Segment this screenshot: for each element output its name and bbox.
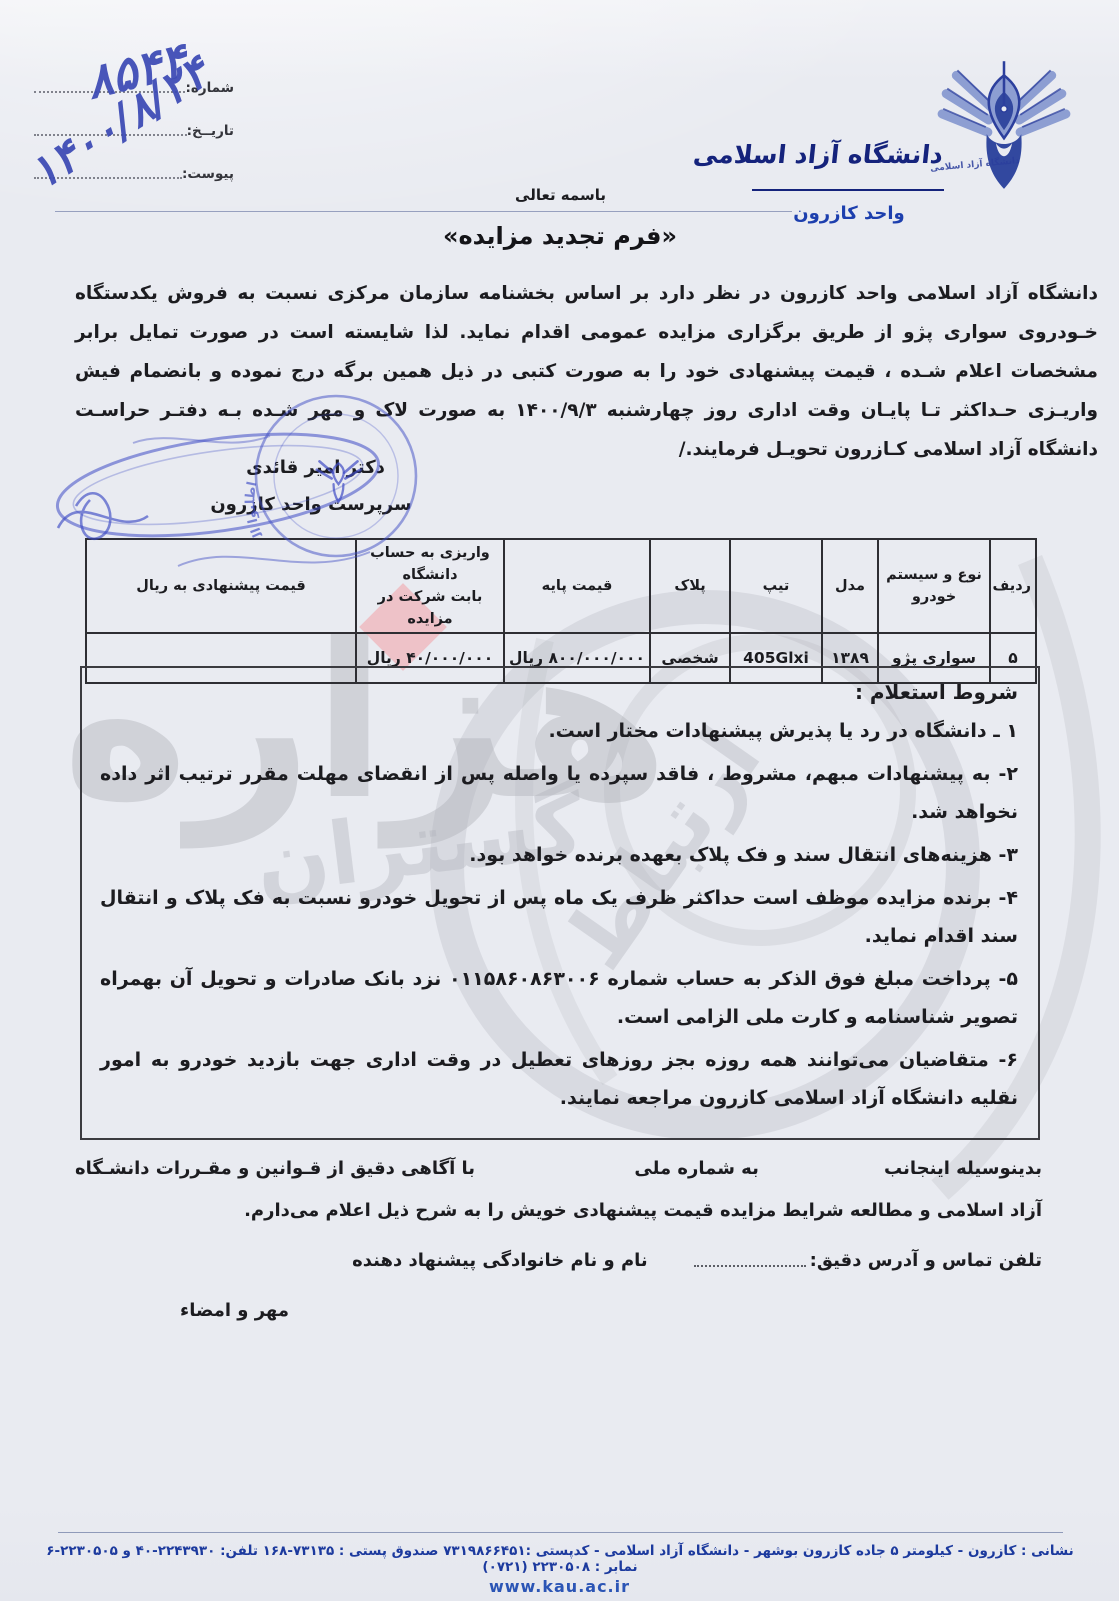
date-label: تاریــخ: (187, 123, 234, 139)
declaration-part-2: به شماره ملی (634, 1158, 758, 1179)
term-item-2: ۲- به پیشنهادات مبهم، مشروط ، فاقد سپرده… (100, 755, 1018, 831)
contact-line: تلفن تماس و آدرس دقیق: نام و نام خانوادگ… (75, 1250, 1042, 1271)
header-separator-line (55, 211, 792, 212)
form-title: «فرم تجدید مزایده» (330, 222, 790, 250)
terms-title: شروط استعلام : (100, 680, 1018, 704)
basmala: باسمه تعالی (478, 186, 643, 204)
scanned-auction-form: هزاره گستران ارتباط شماره: تاریــخ: پیوس… (0, 0, 1119, 1601)
term-item-3: ۳- هزینه‌های انتقال سند و فک پلاک بعهده … (100, 836, 1018, 874)
term-item-6: ۶- متقاضیان می‌توانند همه روزه بجز روزها… (100, 1041, 1018, 1117)
official-stamp: اطلبوا العلم من المهد الی اللحد (38, 388, 468, 573)
seal-and-signature-label: مهر و امضاء (180, 1300, 289, 1321)
declaration-line-1: بدینوسیله اینجانب به شماره ملی با آگاهی … (75, 1158, 1042, 1179)
col-base-price: قیمت پایه (504, 539, 650, 633)
unit-name: واحد کازرون (770, 203, 928, 224)
col-vehicle-type: نوع و سیستم خودرو (878, 539, 990, 633)
contact-label: تلفن تماس و آدرس دقیق: (810, 1250, 1042, 1271)
footer-address: نشانی : کازرون - کیلومتر ۵ جاده کازرون ب… (38, 1543, 1082, 1575)
attachment-label: پیوست: (182, 166, 234, 182)
col-trim: تیپ (730, 539, 822, 633)
col-plate: پلاک (650, 539, 730, 633)
term-item-5: ۵- پرداخت مبلغ فوق الذکر به حساب شماره ۰… (100, 960, 1018, 1036)
declaration-part-3: با آگاهی دقیق از قـوانین و مقـررات دانشـ… (75, 1158, 475, 1179)
col-row-index: ردیف (990, 539, 1036, 633)
term-item-4: ۴- برنده مزایده موظف است حداکثر ظرف یک م… (100, 879, 1018, 955)
footer-separator-line (58, 1532, 1063, 1533)
azad-university-logo (928, 42, 1080, 200)
university-name-underline (752, 189, 944, 191)
term-item-1: ۱ ـ دانشگاه در رد یا پذیرش پیشنهادات مخت… (100, 712, 1018, 750)
col-model: مدل (822, 539, 878, 633)
declaration-part-1: بدینوسیله اینجانب (884, 1158, 1042, 1179)
bidder-name-label: نام و نام خانوادگی پیشنهاد دهنده (352, 1250, 648, 1271)
university-name: دانشگاه آزاد اسلامی (746, 140, 944, 169)
footer-website: www.kau.ac.ir (0, 1577, 1119, 1596)
declaration-line-2: آزاد اسلامی و مطالعه شرایط مزایده قیمت پ… (75, 1200, 1042, 1221)
contact-dotted-line (694, 1265, 806, 1267)
terms-box: شروط استعلام : ۱ ـ دانشگاه در رد یا پذیر… (80, 666, 1040, 1140)
